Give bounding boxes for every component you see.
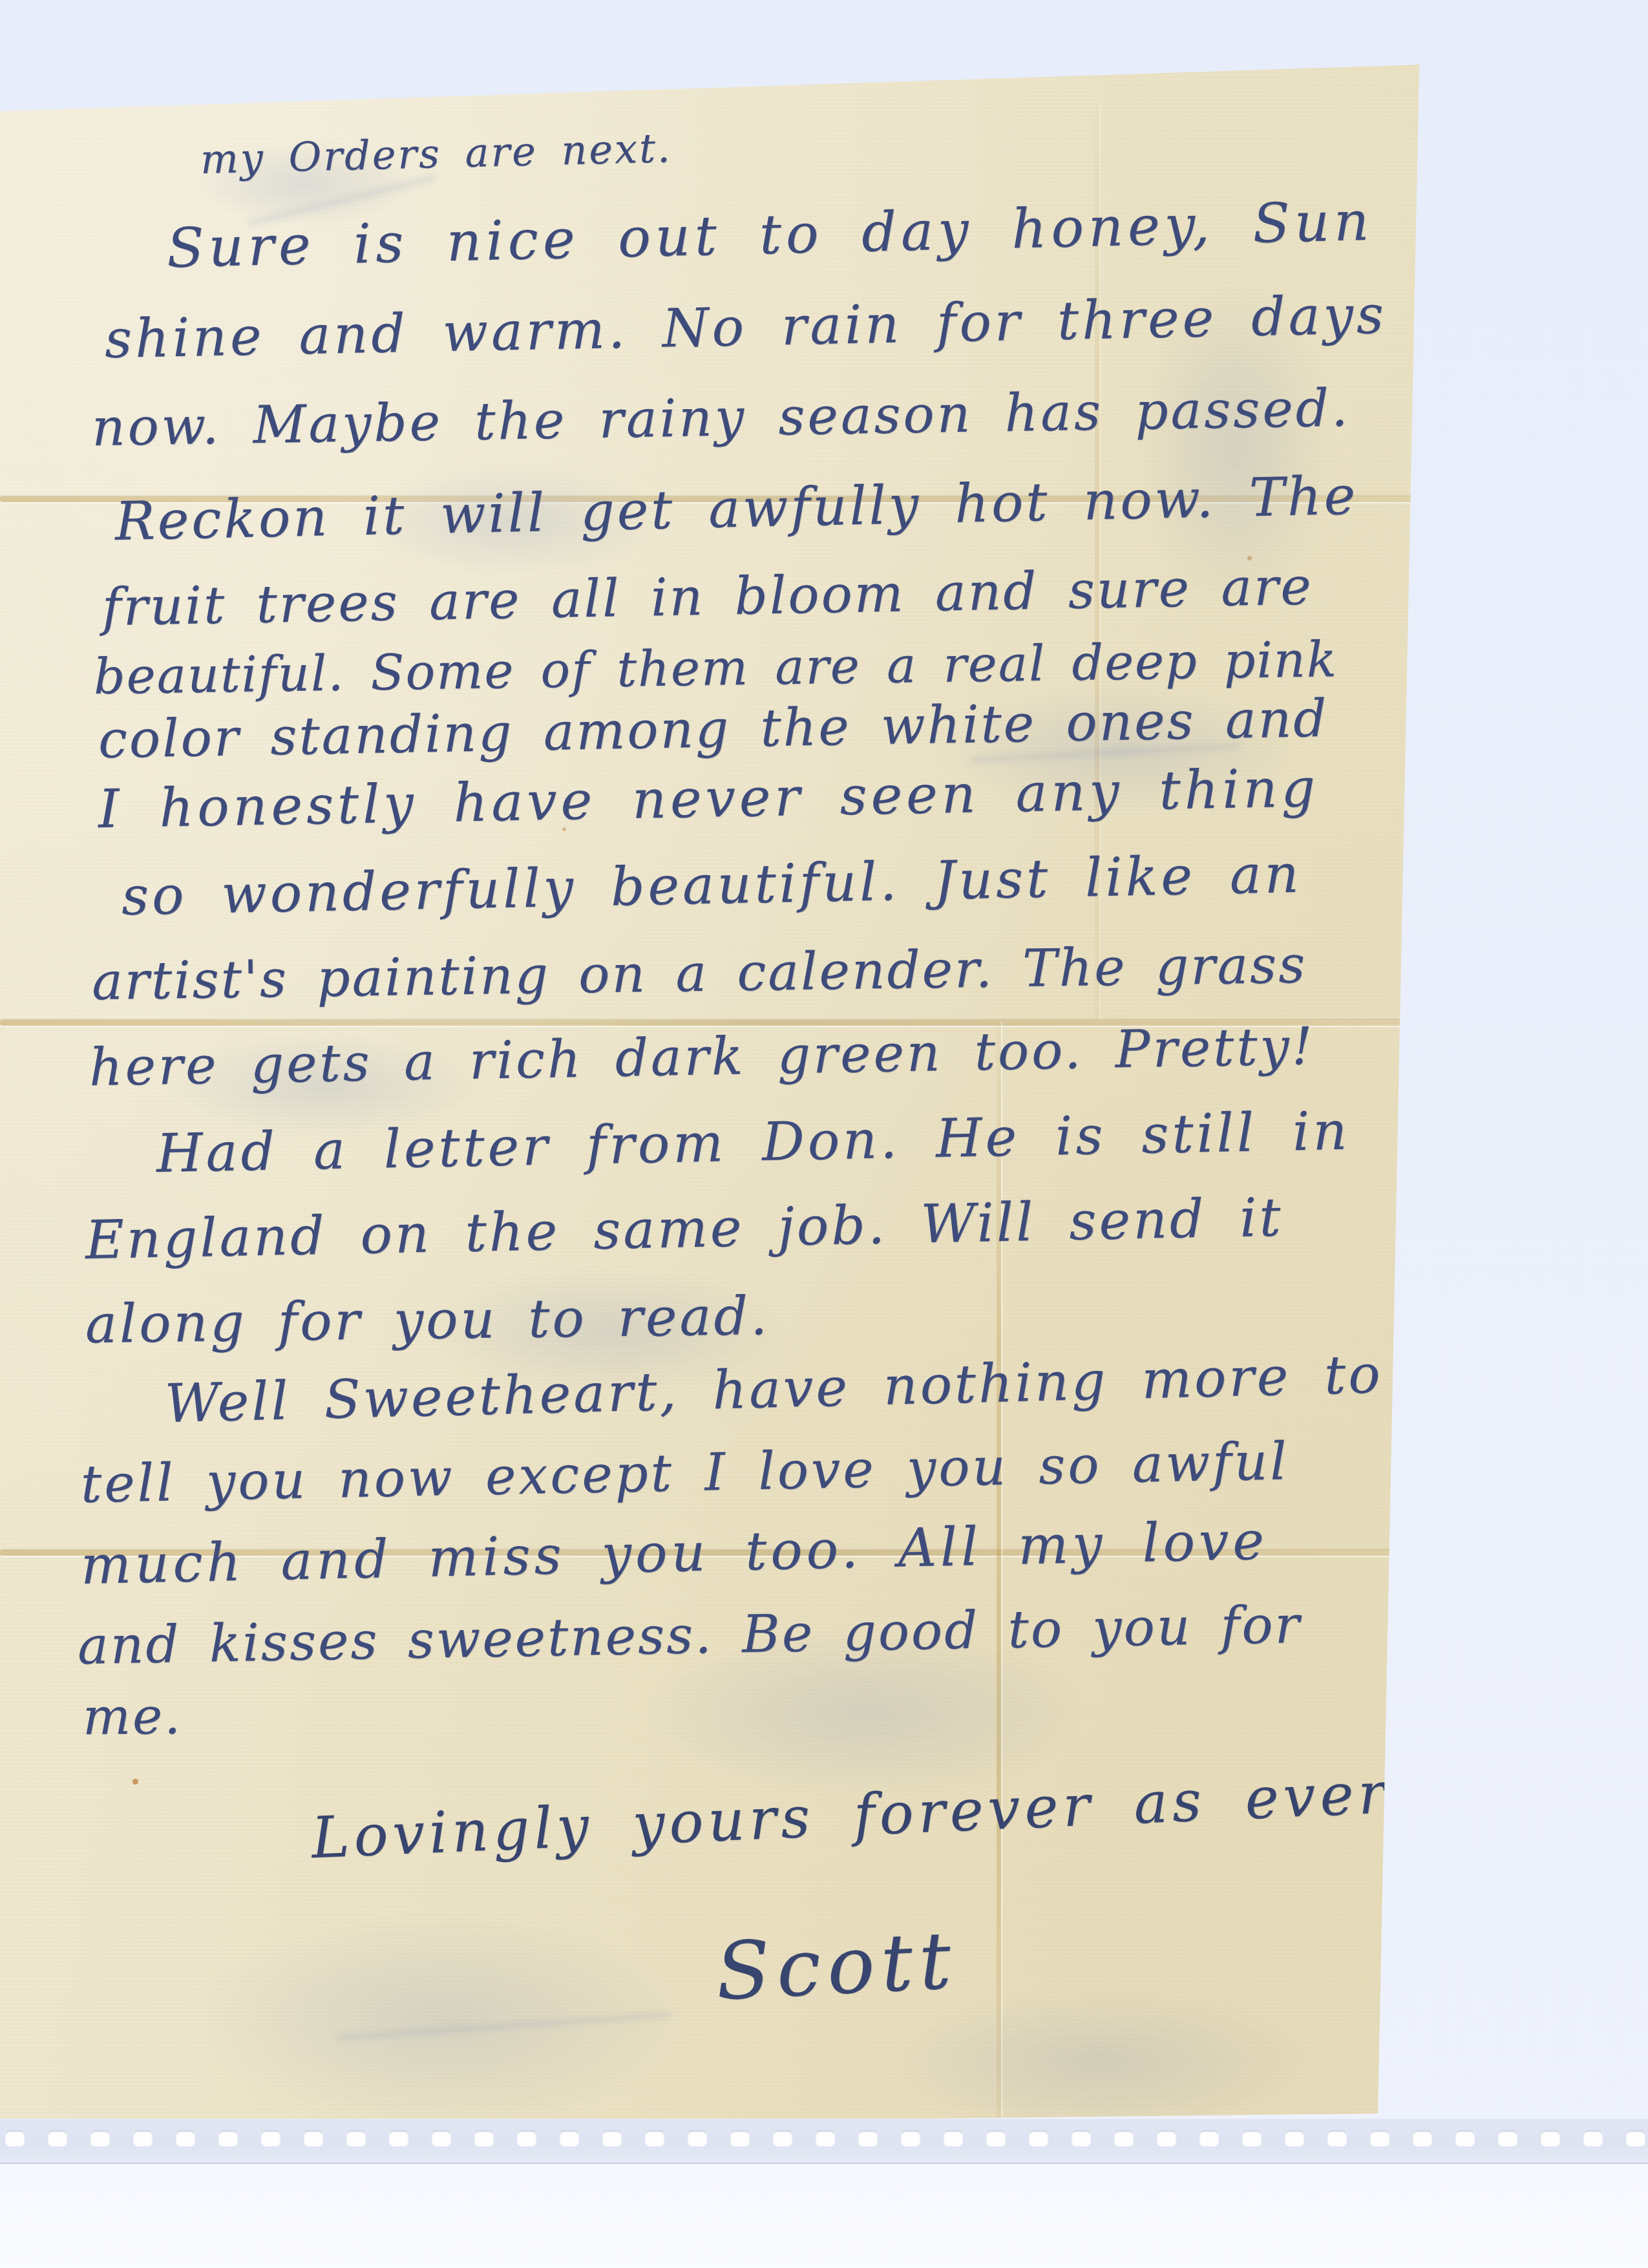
- protector-perforation-dot: [346, 2130, 366, 2146]
- letter-line: my Orders are next.: [200, 124, 672, 183]
- protector-perforation-dot: [1541, 2130, 1560, 2146]
- protector-perforation-dot: [517, 2130, 536, 2146]
- protector-perforation-dot: [1199, 2130, 1219, 2146]
- protector-perforation-dot: [261, 2130, 280, 2146]
- protector-perforation-dot: [773, 2130, 792, 2146]
- protector-perforation-dot: [730, 2130, 750, 2146]
- protector-perforation-dot: [1583, 2130, 1603, 2146]
- protector-perforation-dot: [1072, 2130, 1091, 2146]
- letter-line: and kisses sweetness. Be good to you for: [77, 1595, 1302, 1676]
- ink-bleed-smudge: [892, 1991, 1305, 2133]
- protector-perforation-dot: [1157, 2130, 1176, 2146]
- letter-line: me.: [83, 1688, 183, 1746]
- protector-perforation-dot: [1242, 2130, 1262, 2146]
- protector-perforation-dot: [1370, 2130, 1389, 2146]
- protector-perforation-dot: [816, 2130, 835, 2146]
- protector-perforation-dot: [986, 2130, 1006, 2146]
- scanner-background-bottom: [0, 2163, 1648, 2268]
- letter-line: artist's painting on a calender. The gra…: [91, 935, 1307, 1012]
- protector-perforation-dot: [304, 2130, 323, 2146]
- protector-perforation-dot: [1327, 2130, 1347, 2146]
- sheet-protector-seam: [0, 2119, 1648, 2164]
- letter-line: here gets a rich dark green too. Pretty!: [89, 1016, 1315, 1097]
- letter-line: so wonderfully beautiful. Just like an: [121, 843, 1302, 927]
- protector-perforation-dot: [1413, 2130, 1432, 2146]
- letter-line: along for you to read.: [85, 1286, 770, 1355]
- letter-line: England on the same job. Will send it: [85, 1187, 1284, 1271]
- protector-perforation-dot: [944, 2130, 963, 2146]
- protector-perforation-dot: [1114, 2130, 1134, 2146]
- letter-line: much and miss you too. All my love: [80, 1510, 1269, 1596]
- protector-perforation-dot: [1285, 2130, 1304, 2146]
- letter-line: I honestly have never seen any thing: [98, 758, 1319, 840]
- protector-perforation-dot: [901, 2130, 920, 2146]
- protector-perforation-dot: [218, 2130, 238, 2146]
- letter-page: my Orders are next. Sure is nice out to …: [0, 65, 1419, 2129]
- protector-perforation-dot: [48, 2130, 67, 2146]
- protector-perforation-dot: [432, 2130, 451, 2146]
- protector-perforation-dot: [1498, 2130, 1517, 2146]
- letter-signature: Scott: [714, 1914, 960, 2018]
- paper-speck: [132, 1779, 138, 1785]
- protector-perforation-dot: [133, 2130, 153, 2146]
- protector-perforation-dot: [645, 2130, 664, 2146]
- protector-perforation-dot: [474, 2130, 494, 2146]
- letter-line: Well Sweetheart, have nothing more to: [164, 1344, 1384, 1435]
- letter-line: fruit trees are all in bloom and sure ar…: [101, 556, 1313, 637]
- protector-perforation-dot: [560, 2130, 579, 2146]
- protector-perforation-dot: [858, 2130, 878, 2146]
- protector-perforation-dot: [602, 2130, 622, 2146]
- protector-perforation-dot: [1029, 2130, 1048, 2146]
- protector-perforation-dot: [1455, 2130, 1475, 2146]
- protector-perforation-dot: [688, 2130, 707, 2146]
- protector-perforation-dot: [5, 2130, 25, 2146]
- protector-perforation-dot: [176, 2130, 195, 2146]
- protector-perforation-dot: [1626, 2130, 1645, 2146]
- protector-perforation-dot: [90, 2130, 110, 2146]
- letter-line: tell you now except I love you so awful: [80, 1431, 1289, 1514]
- protector-perforation-dot: [389, 2130, 408, 2146]
